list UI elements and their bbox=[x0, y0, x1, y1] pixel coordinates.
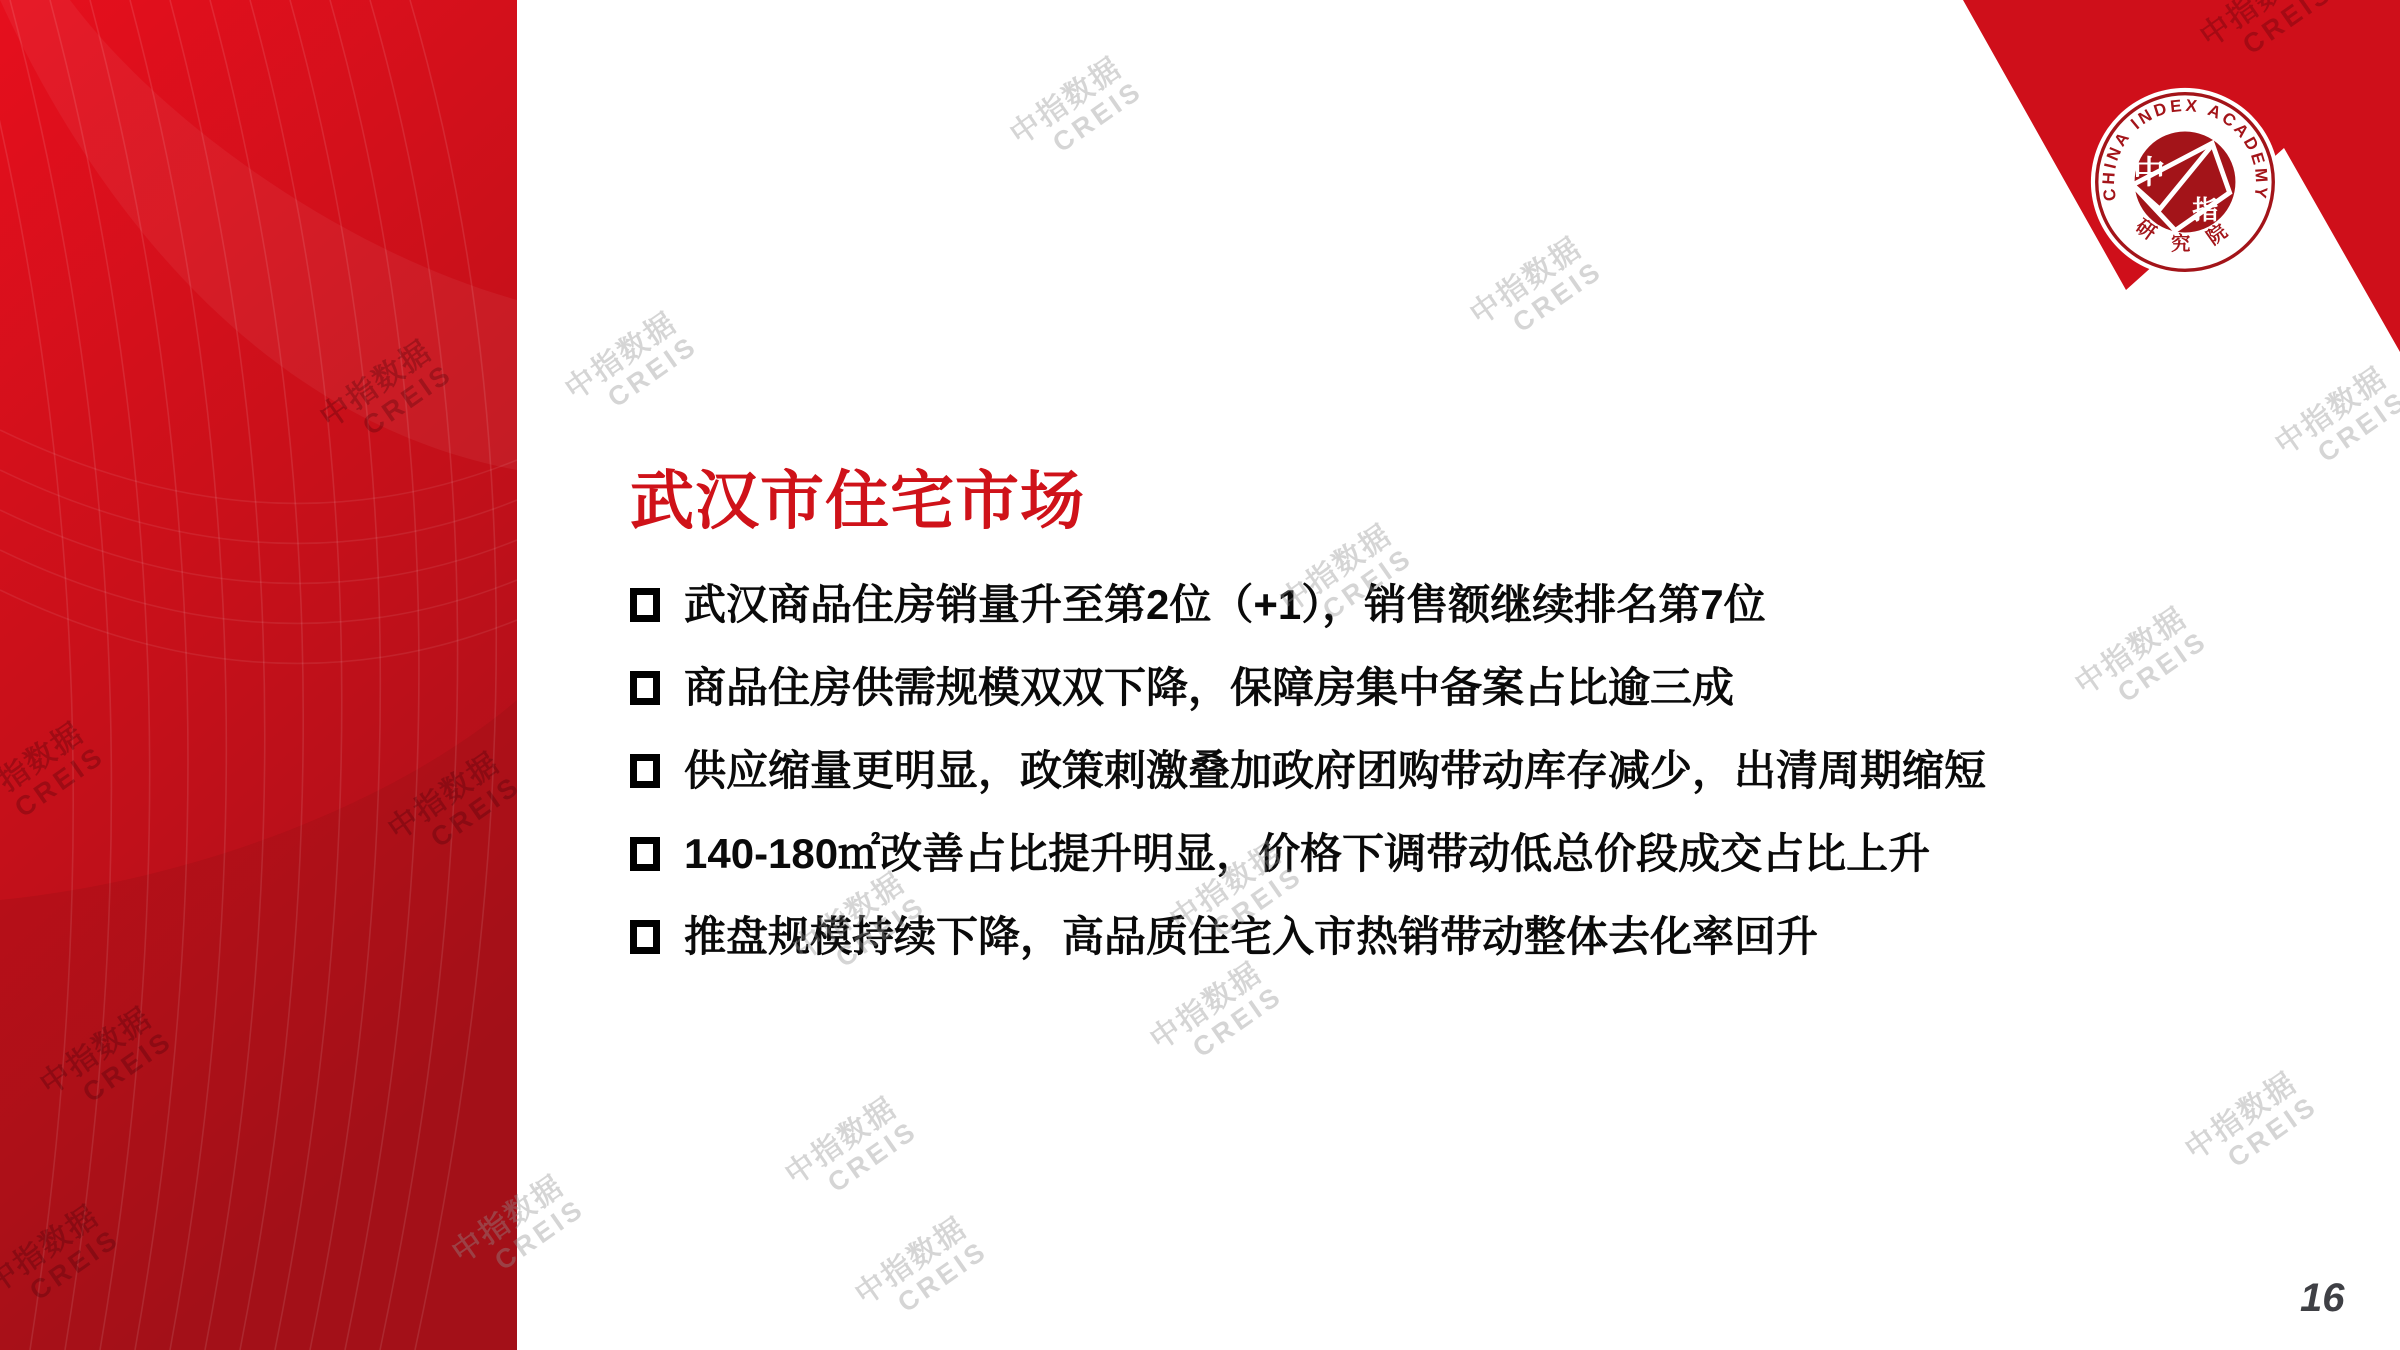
page-title: 武汉市住宅市场 bbox=[630, 468, 1085, 535]
watermark-text: CREIS bbox=[2288, 385, 2400, 484]
bullet-item: 武汉商品住房销量升至第2位（+1），销售额继续排名第7位 bbox=[630, 580, 2190, 630]
bullet-text: 推盘规模持续下降，高品质住宅入市热销带动整体去化率回升 bbox=[684, 912, 1818, 962]
creis-watermark: 中指数据CREIS bbox=[1005, 49, 1148, 174]
bullet-item: 140-180㎡改善占比提升明显，价格下调带动低总价段成交占比上升 bbox=[630, 829, 2190, 879]
watermark-text: CREIS bbox=[578, 330, 703, 429]
seal-char-zhong: 中 bbox=[2133, 154, 2165, 190]
watermark-text: CREIS bbox=[1483, 255, 1608, 354]
seal-char-zhi: 指 bbox=[2192, 195, 2218, 225]
bullet-text: 武汉商品住房销量升至第2位（+1），销售额继续排名第7位 bbox=[684, 580, 1766, 630]
watermark-text: 中指数据 bbox=[2270, 359, 2397, 461]
creis-watermark: 中指数据CREIS bbox=[2195, 0, 2338, 76]
watermark-text: CREIS bbox=[798, 1115, 923, 1214]
slide: CHINA INDEX ACADEMY 研 究 院 中 指 武汉市住宅市场 武汉… bbox=[0, 0, 2400, 1350]
bullet-square-icon bbox=[630, 588, 660, 622]
creis-watermark: 中指数据CREIS bbox=[2180, 1064, 2323, 1189]
watermark-text: 中指数据 bbox=[1465, 229, 1592, 331]
bullet-item: 商品住房供需规模双双下降，保障房集中备案占比逾三成 bbox=[630, 663, 2190, 713]
bullet-item: 推盘规模持续下降，高品质住宅入市热销带动整体去化率回升 bbox=[630, 912, 2190, 962]
watermark-text: 中指数据 bbox=[780, 1089, 907, 1191]
watermark-text: 中指数据 bbox=[2180, 1064, 2307, 1166]
watermark-text: CREIS bbox=[868, 1235, 993, 1334]
watermark-text: 中指数据 bbox=[1005, 49, 1132, 151]
china-index-academy-logo: CHINA INDEX ACADEMY 研 究 院 中 指 bbox=[2088, 85, 2282, 279]
watermark-text: CREIS bbox=[1163, 980, 1288, 1079]
creis-watermark: 中指数据CREIS bbox=[780, 1089, 923, 1214]
bullet-text: 140-180㎡改善占比提升明显，价格下调带动低总价段成交占比上升 bbox=[684, 829, 1930, 879]
watermark-text: CREIS bbox=[1023, 75, 1148, 174]
creis-watermark: 中指数据CREIS bbox=[850, 1209, 993, 1334]
watermark-text: 中指数据 bbox=[2195, 0, 2322, 53]
bullet-square-icon bbox=[630, 671, 660, 705]
creis-watermark: 中指数据CREIS bbox=[1465, 229, 1608, 354]
watermark-text: 中指数据 bbox=[850, 1209, 977, 1311]
watermark-text: CREIS bbox=[2198, 1090, 2323, 1189]
bullet-square-icon bbox=[630, 837, 660, 871]
bullet-square-icon bbox=[630, 754, 660, 788]
bullet-item: 供应缩量更明显，政策刺激叠加政府团购带动库存减少，出清周期缩短 bbox=[630, 746, 2190, 796]
sidebar-graphic bbox=[0, 0, 517, 1350]
creis-watermark: 中指数据CREIS bbox=[2270, 359, 2400, 484]
bullet-list: 武汉商品住房销量升至第2位（+1），销售额继续排名第7位 商品住房供需规模双双下… bbox=[630, 580, 2190, 995]
watermark-text: 中指数据 bbox=[560, 304, 687, 406]
bullet-square-icon bbox=[630, 920, 660, 954]
page-number: 16 bbox=[2300, 1276, 2345, 1321]
bullet-text: 商品住房供需规模双双下降，保障房集中备案占比逾三成 bbox=[684, 663, 1734, 713]
bullet-text: 供应缩量更明显，政策刺激叠加政府团购带动库存减少，出清周期缩短 bbox=[684, 746, 1986, 796]
creis-watermark: 中指数据CREIS bbox=[560, 304, 703, 429]
watermark-text: CREIS bbox=[2213, 0, 2338, 76]
